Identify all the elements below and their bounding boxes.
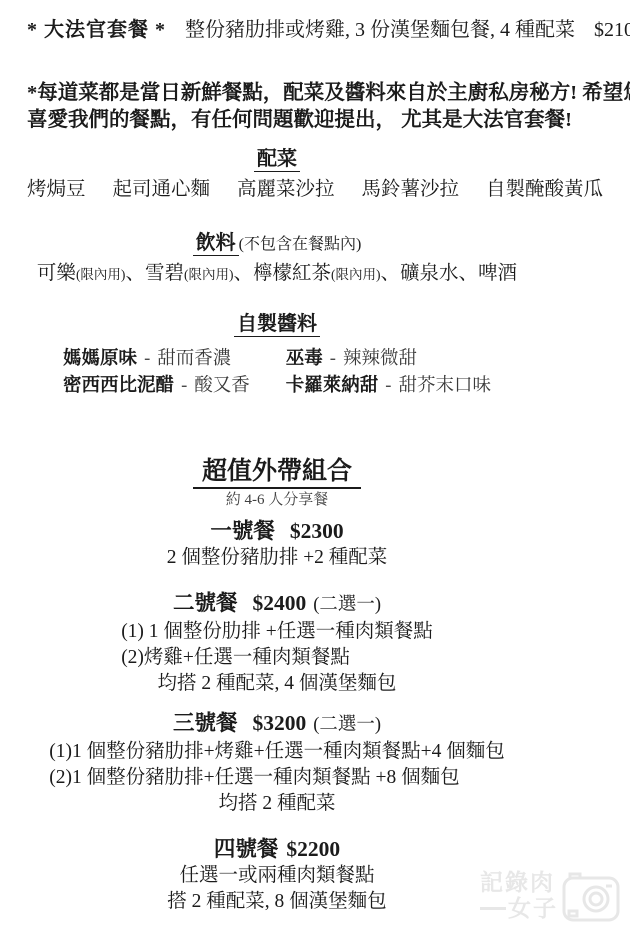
sauce-desc: 甜而香濃: [157, 349, 231, 369]
sides-row: 烤焗豆 起司通心麵 高麗菜沙拉 馬鈴薯沙拉 自製醃酸黃瓜: [27, 177, 603, 203]
meal-price: $2300: [290, 519, 344, 543]
meal-2-header: 二號餐$2400(二選一): [27, 589, 527, 619]
side-item: 烤焗豆: [27, 177, 86, 203]
meal-name: 四號餐: [214, 837, 279, 861]
menu-page: * 大法官套餐 * 整份豬肋排或烤雞, 3 份漢堡麵包餐, 4 種配菜 $210…: [0, 0, 630, 915]
drink-separator: 、: [381, 263, 401, 284]
meal-price: $3200: [252, 711, 306, 735]
sides-section: 配菜: [27, 146, 527, 173]
drink-limit-note: (限內用): [331, 267, 381, 282]
meal-note: (二選一): [313, 595, 381, 615]
meal-3-footer: 均搭 2 種配菜: [27, 791, 527, 817]
takeout-heading: 超值外帶組合: [27, 455, 527, 489]
meal-note: (二選一): [313, 715, 381, 735]
meal-4-desc-1: 任選一或兩種肉類餐點: [27, 863, 527, 889]
drink-name: 檸檬紅茶: [253, 263, 331, 284]
drink-item: 礦泉水、: [400, 263, 478, 284]
drinks-heading: 飲料(不包含在餐點內): [27, 230, 527, 258]
meal-price: $2400: [252, 591, 306, 615]
sauce-grid: 媽媽原味-甜而香濃 巫毒-辣辣微甜 密西西比泥醋-酸又香 卡羅萊納甜-甜芥末口味: [27, 346, 527, 399]
sauce-desc: 甜芥末口味: [398, 376, 491, 396]
sauce-dash: -: [144, 349, 150, 369]
drink-limit-note: (限內用): [184, 267, 234, 282]
drinks-section: 飲料(不包含在餐點內) 可樂(限內用)、雪碧(限內用)、檸檬紅茶(限內用)、礦泉…: [27, 230, 527, 288]
meal-4-header: 四號餐$2200: [27, 835, 527, 863]
sauce-name: 密西西比泥醋: [63, 376, 174, 396]
meal-3-options: (1)1 個整份豬肋排+烤雞+任選一種肉類餐點+4 個麵包 (2)1 個整份豬肋…: [49, 739, 504, 791]
drink-name: 可樂: [37, 263, 76, 284]
takeout-subheading: 約 4-6 人分享餐: [27, 489, 527, 511]
drink-name: 雪碧: [145, 263, 184, 284]
drink-limit-note: (限內用): [76, 267, 126, 282]
special-combo-line: * 大法官套餐 * 整份豬肋排或烤雞, 3 份漢堡麵包餐, 4 種配菜 $210…: [27, 16, 630, 44]
special-combo-title: * 大法官套餐 *: [27, 19, 166, 41]
sauces-section: 自製醬料 媽媽原味-甜而香濃 巫毒-辣辣微甜 密西西比泥醋-酸又香 卡羅萊納甜-…: [27, 311, 527, 399]
sauce-item: 媽媽原味-甜而香濃: [63, 346, 250, 372]
special-combo-desc: 整份豬肋排或烤雞, 3 份漢堡麵包餐, 4 種配菜: [185, 19, 575, 41]
drinks-heading-note: (不包含在餐點內): [239, 236, 362, 253]
meal-name: 二號餐: [173, 591, 238, 615]
side-item: 自製醃酸黃瓜: [486, 177, 603, 203]
meal-1-desc: 2 個整份豬肋排 +2 種配菜: [27, 545, 527, 571]
watermark-line-2: 女子: [480, 895, 558, 921]
watermark-line-1: 記錄肉: [480, 869, 558, 895]
sauces-heading: 自製醬料: [27, 311, 527, 338]
meal-2-options: (1) 1 個整份肋排 +任選一種肉類餐點 (2)烤雞+任選一種肉類餐點: [121, 619, 433, 671]
meal-name: 三號餐: [173, 711, 238, 735]
sauce-dash: -: [181, 376, 187, 396]
intro-line-2: 喜愛我們的餐點，有任何問題歡迎提出， 尤其是大法官套餐!: [27, 107, 630, 134]
sauce-name: 卡羅萊納甜: [286, 376, 379, 396]
drinks-row: 可樂(限內用)、雪碧(限內用)、檸檬紅茶(限內用)、礦泉水、啤酒: [27, 260, 527, 288]
sides-heading: 配菜: [27, 146, 527, 173]
drink-name: 啤酒: [478, 263, 517, 284]
drink-separator: 、: [459, 263, 479, 284]
watermark-text: 記錄肉 女子: [480, 869, 558, 921]
special-combo-price: $2100: [594, 19, 630, 41]
sauce-item: 密西西比泥醋-酸又香: [63, 373, 250, 399]
meal-2-footer: 均搭 2 種配菜, 4 個漢堡麵包: [27, 671, 527, 697]
meal-option: (2)1 個整份豬肋排+任選一種肉類餐點 +8 個麵包: [49, 765, 504, 791]
meal-1-block: 一號餐$2300 2 個整份豬肋排 +2 種配菜: [27, 517, 527, 571]
meal-3-block: 三號餐$3200(二選一) (1)1 個整份豬肋排+烤雞+任選一種肉類餐點+4 …: [27, 709, 527, 817]
meal-4-block: 四號餐$2200 任選一或兩種肉類餐點 搭 2 種配菜, 8 個漢堡麵包: [27, 835, 527, 915]
drink-separator: 、: [125, 263, 145, 284]
meal-option: (2)烤雞+任選一種肉類餐點: [121, 645, 433, 671]
meal-1-header: 一號餐$2300: [27, 517, 527, 545]
sauce-item: 卡羅萊納甜-甜芥末口味: [286, 373, 491, 399]
meal-option: (1) 1 個整份肋排 +任選一種肉類餐點: [121, 619, 433, 645]
sauce-dash: -: [330, 349, 336, 369]
watermark: 記錄肉 女子: [480, 865, 622, 925]
meal-2-block: 二號餐$2400(二選一) (1) 1 個整份肋排 +任選一種肉類餐點 (2)烤…: [27, 589, 527, 697]
meal-3-header: 三號餐$3200(二選一): [27, 709, 527, 739]
sauce-desc: 辣辣微甜: [343, 349, 417, 369]
drink-item: 雪碧(限內用)、: [145, 263, 253, 284]
side-item: 高麗菜沙拉: [237, 177, 335, 203]
drink-item: 檸檬紅茶(限內用)、: [253, 263, 400, 284]
drink-item: 啤酒: [478, 263, 517, 284]
meal-price: $2200: [286, 837, 340, 861]
drink-separator: 、: [233, 263, 253, 284]
drink-item: 可樂(限內用)、: [37, 263, 145, 284]
side-item: 起司通心麵: [112, 177, 210, 203]
meal-name: 一號餐: [210, 519, 275, 543]
meal-option: (1)1 個整份豬肋排+烤雞+任選一種肉類餐點+4 個麵包: [49, 739, 504, 765]
sauce-name: 媽媽原味: [63, 349, 137, 369]
intro-paragraph: *每道菜都是當日新鮮餐點，配菜及醬料來自於主廚私房秘方! 希望您們 喜愛我們的餐…: [27, 80, 630, 134]
sauce-dash: -: [385, 376, 391, 396]
drink-name: 礦泉水: [400, 263, 459, 284]
intro-line-1: *每道菜都是當日新鮮餐點，配菜及醬料來自於主廚私房秘方! 希望您們: [27, 80, 630, 107]
side-item: 馬鈴薯沙拉: [361, 177, 459, 203]
sauce-item: 巫毒-辣辣微甜: [286, 346, 491, 372]
sauce-name: 巫毒: [286, 349, 323, 369]
meal-4-desc-2: 搭 2 種配菜, 8 個漢堡麵包: [27, 889, 527, 915]
takeout-section: 超值外帶組合 約 4-6 人分享餐 一號餐$2300 2 個整份豬肋排 +2 種…: [27, 455, 527, 915]
watermark-dash: [480, 907, 506, 910]
camera-icon: [560, 865, 622, 925]
sauce-desc: 酸又香: [194, 376, 250, 396]
